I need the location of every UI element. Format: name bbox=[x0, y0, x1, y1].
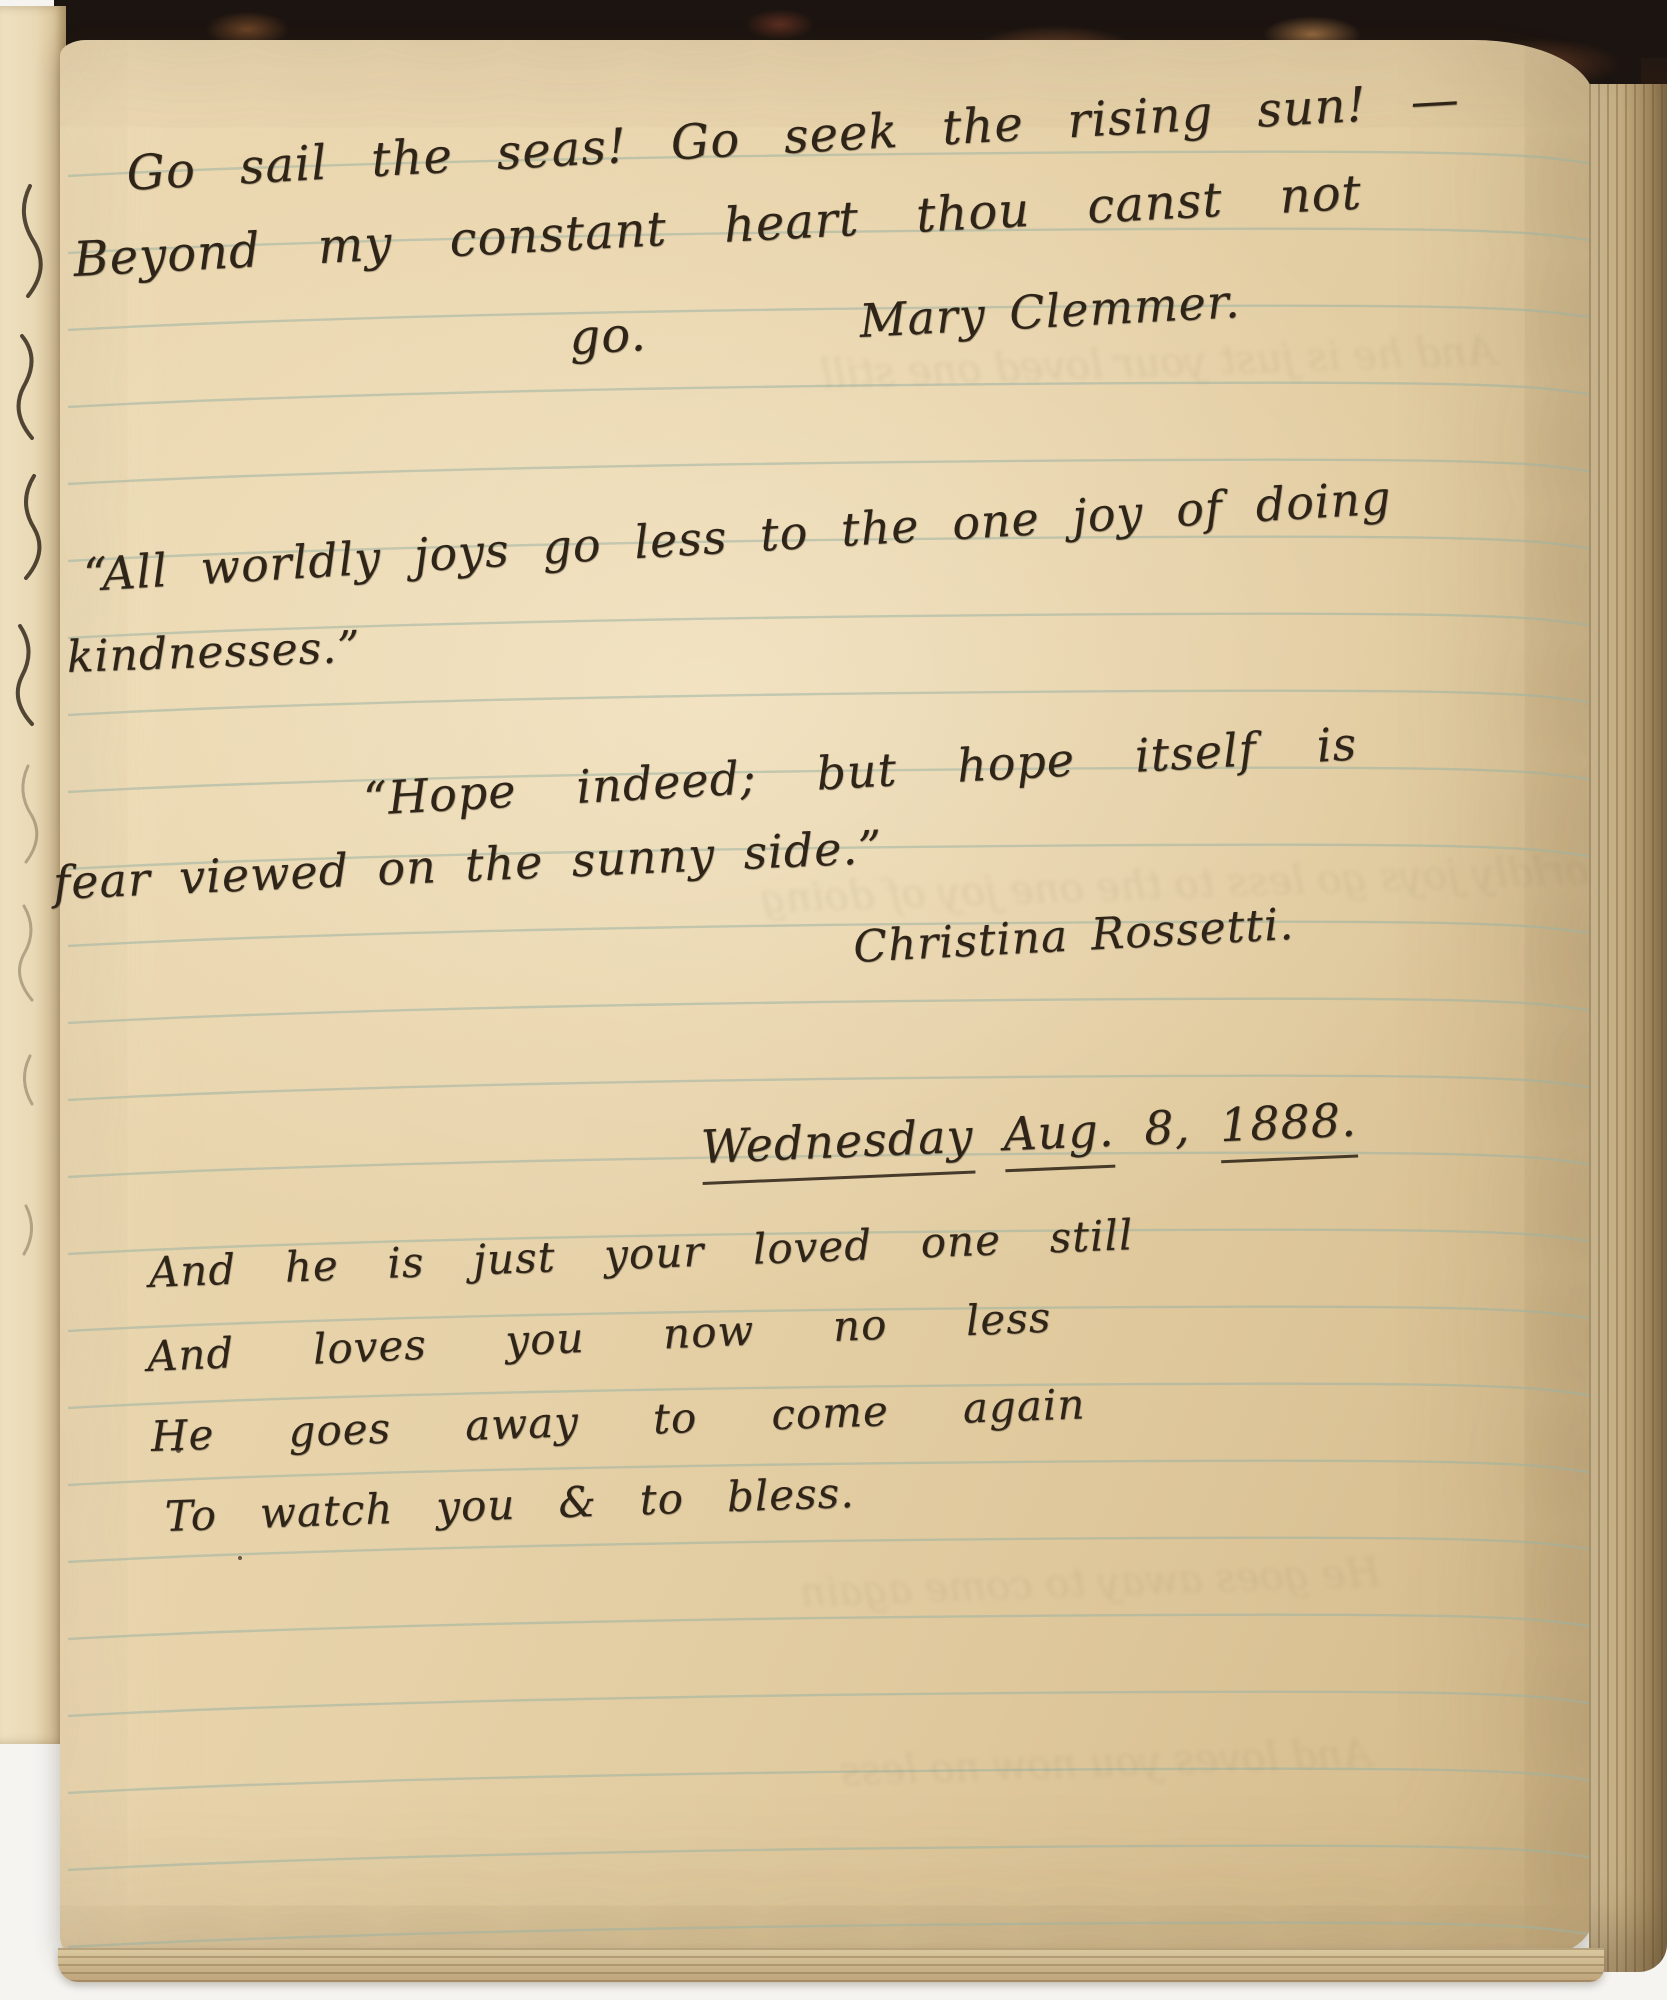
date-month: Aug. bbox=[1002, 1103, 1116, 1173]
ruled-lines bbox=[60, 40, 1594, 1954]
notebook-page: And he is just your loved one still “All… bbox=[60, 40, 1594, 1954]
ink-speck bbox=[238, 1556, 242, 1560]
ink-speck bbox=[1318, 118, 1324, 123]
date-weekday: Wednesday bbox=[700, 1109, 975, 1185]
page-bottom-edge bbox=[58, 1948, 1604, 1982]
diary-photo: And he is just your loved one still “All… bbox=[0, 0, 1667, 2000]
date-year: 1888. bbox=[1219, 1093, 1358, 1164]
quote1-line3: go. bbox=[568, 306, 648, 366]
page-fore-edge bbox=[1589, 84, 1667, 1972]
date-day: 8, bbox=[1143, 1100, 1192, 1167]
ink-speck bbox=[176, 1448, 181, 1453]
quote2-line2: kindnesses.” bbox=[66, 622, 361, 683]
